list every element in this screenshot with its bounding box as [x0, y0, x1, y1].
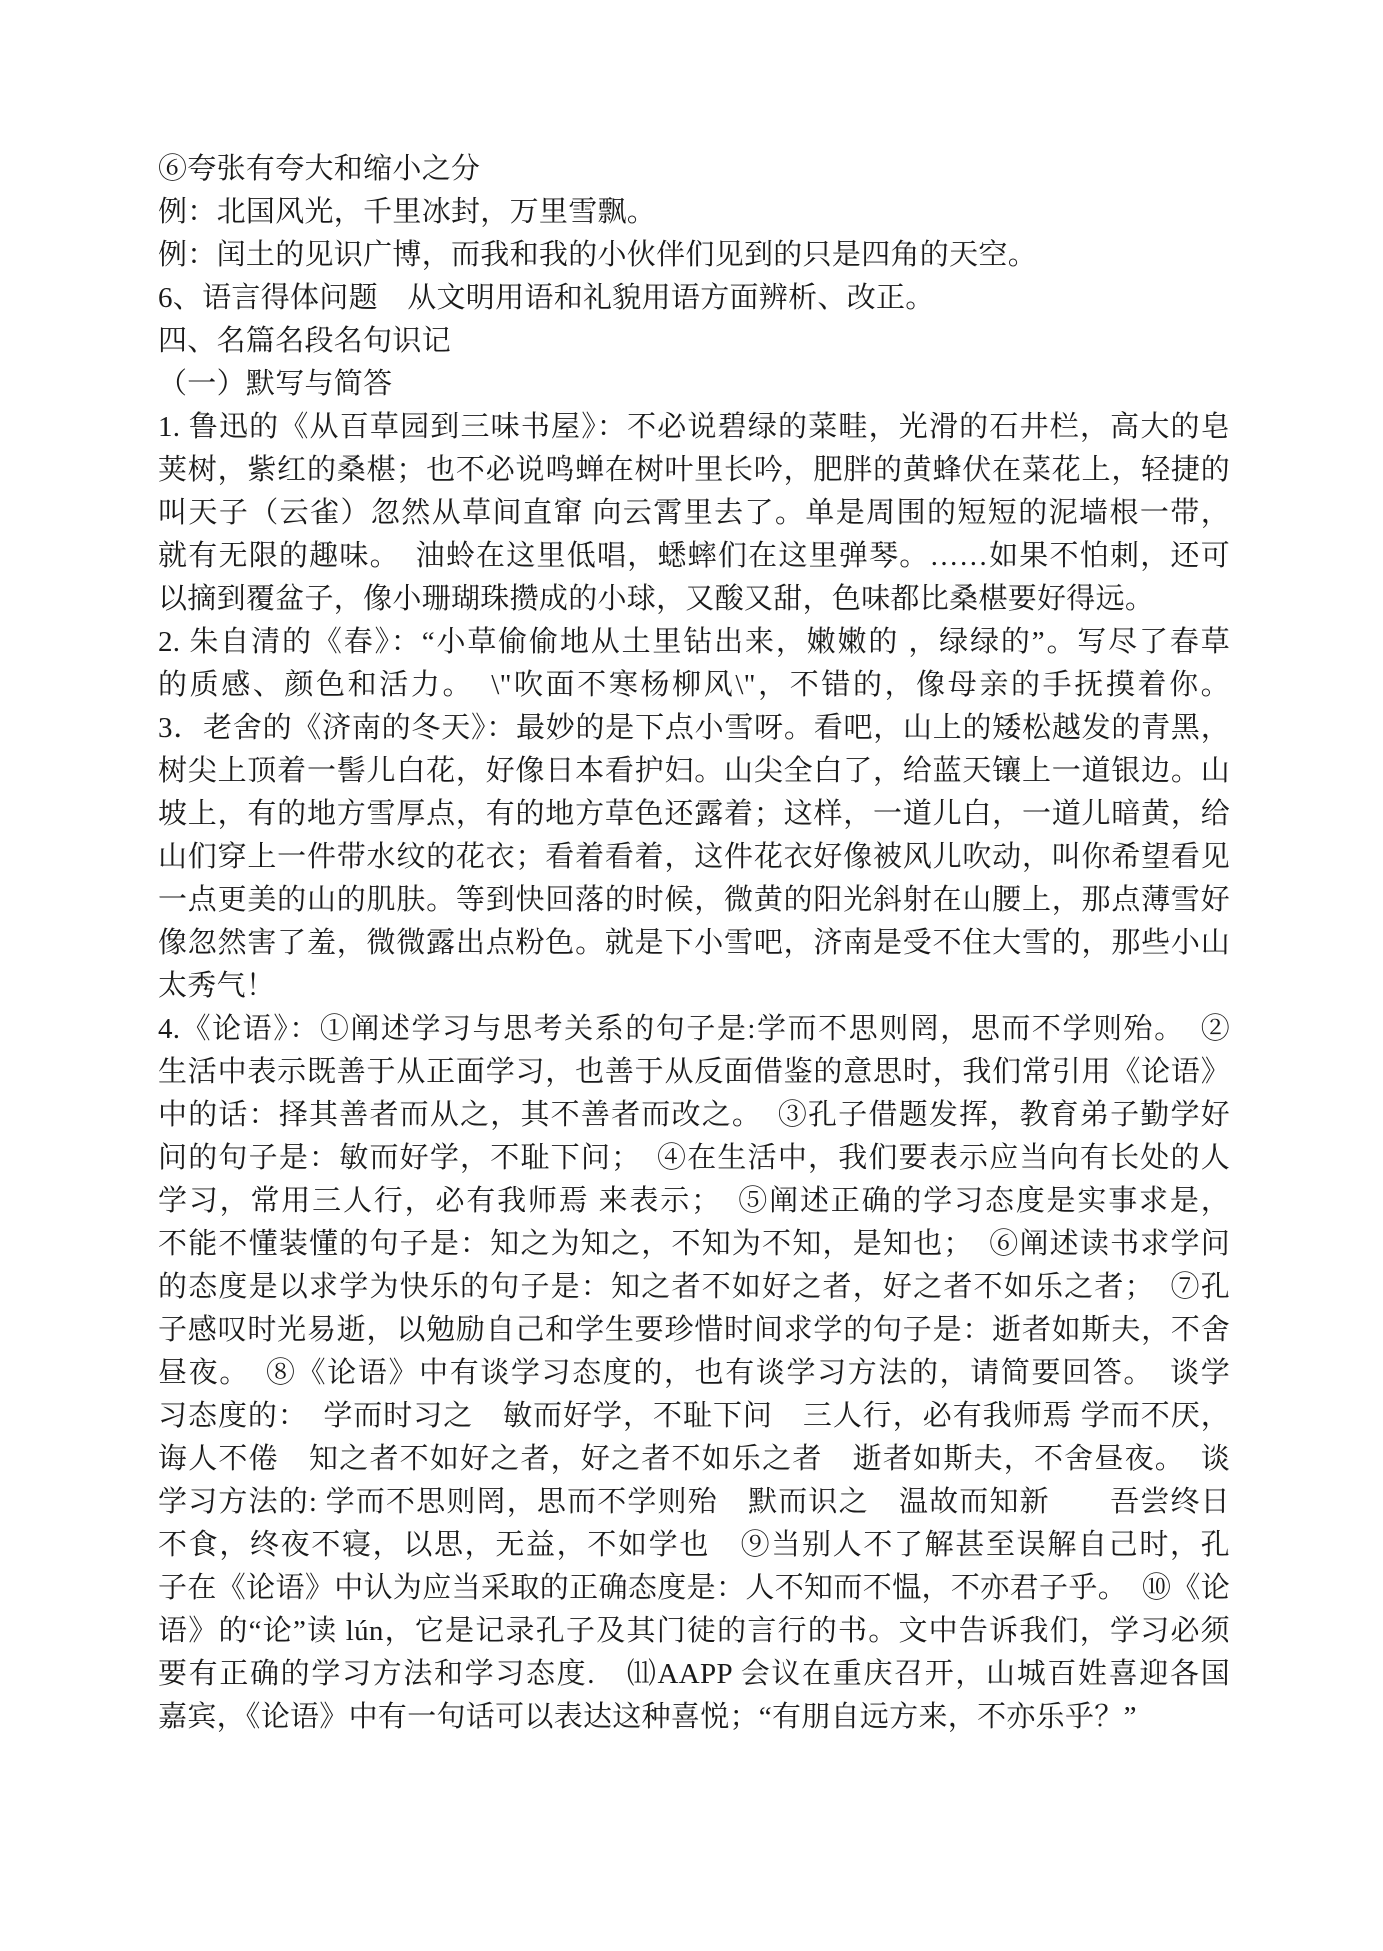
text-line: 荚树，紫红的桑椹；也不必说鸣蝉在树叶里长吟，肥胖的黄蜂伏在菜花上，轻捷的 — [158, 449, 1230, 492]
text-line: 语》的“论”读 lún，它是记录孔子及其门徒的言行的书。文中告诉我们，学习必须 — [158, 1610, 1230, 1653]
text-line-hyperbole-heading: ⑥夸张有夸大和缩小之分 — [158, 148, 1230, 191]
text-line: 中的话：择其善者而从之，其不善者而改之。 ③孔子借题发挥，教育弟子勤学好 — [158, 1094, 1230, 1137]
text-line: 习态度的： 学而时习之 敏而好学，不耻下问 三人行，必有我师焉 学而不厌， — [158, 1395, 1230, 1438]
text-line: 不能不懂装懂的句子是：知之为知之，不知为不知，是知也； ⑥阐述读书求学问 — [158, 1223, 1230, 1266]
text-line-item-6: 6、语言得体问题 从文明用语和礼貌用语方面辨析、改正。 — [158, 277, 1230, 320]
text-line: 学习方法的: 学而不思则罔，思而不学则殆 默而识之 温故而知新 吾尝终日 — [158, 1481, 1230, 1524]
text-line-example-1: 例：北国风光，千里冰封，万里雪飘。 — [158, 191, 1230, 234]
text-line: 子感叹时光易逝，以勉励自己和学生要珍惜时间求学的句子是：逝者如斯夫，不舍 — [158, 1309, 1230, 1352]
text-line: 生活中表示既善于从正面学习，也善于从反面借鉴的意思时，我们常引用《论语》 — [158, 1051, 1230, 1094]
text-line: 诲人不倦 知之者不如好之者，好之者不如乐之者 逝者如斯夫，不舍昼夜。 谈 — [158, 1438, 1230, 1481]
text-line: 3．老舍的《济南的冬天》：最妙的是下点小雪呀。看吧，山上的矮松越发的青黑， — [158, 707, 1230, 750]
text-line: 2. 朱自清的《春》：“小草偷偷地从土里钻出来，嫩嫩的 ，绿绿的”。写尽了春草 — [158, 621, 1230, 664]
text-line-example-2: 例：闰土的见识广博，而我和我的小伙伴们见到的只是四角的天空。 — [158, 234, 1230, 277]
text-line: 的质感、颜色和活力。 \"吹面不寒杨柳风\"，不错的，像母亲的手抚摸着你。 — [158, 664, 1230, 707]
text-line: 坡上，有的地方雪厚点，有的地方草色还露着；这样，一道儿白，一道儿暗黄，给 — [158, 793, 1230, 836]
text-line: 子在《论语》中认为应当采取的正确态度是：人不知而不愠，不亦君子乎。 ⑩《论 — [158, 1567, 1230, 1610]
text-line: 就有无限的趣味。 油蛉在这里低唱，蟋蟀们在这里弹琴。……如果不怕刺，还可 — [158, 535, 1230, 578]
text-line-section-4-heading: 四、名篇名段名句识记 — [158, 320, 1230, 363]
text-line: 叫天子（云雀）忽然从草间直窜 向云霄里去了。单是周围的短短的泥墙根一带， — [158, 492, 1230, 535]
text-line: 一点更美的山的肌肤。等到快回落的时候，微黄的阳光斜射在山腰上，那点薄雪好 — [158, 879, 1230, 922]
text-line: 不食，终夜不寝，以思，无益，不如学也 ⑨当别人不了解甚至误解自己时，孔 — [158, 1524, 1230, 1567]
text-line: 4.《论语》：①阐述学习与思考关系的句子是:学而不思则罔，思而不学则殆。 ② — [158, 1008, 1230, 1051]
text-line: 嘉宾，《论语》中有一句话可以表达这种喜悦；“有朋自远方来，不亦乐乎？” — [158, 1696, 1230, 1739]
text-line: 昼夜。 ⑧《论语》中有谈学习态度的，也有谈学习方法的，请简要回答。 谈学 — [158, 1352, 1230, 1395]
text-line: 问的句子是：敏而好学，不耻下问； ④在生活中，我们要表示应当向有长处的人 — [158, 1137, 1230, 1180]
text-line: 树尖上顶着一髻儿白花，好像日本看护妇。山尖全白了，给蓝天镶上一道银边。山 — [158, 750, 1230, 793]
text-line: 以摘到覆盆子，像小珊瑚珠攒成的小球，又酸又甜，色味都比桑椹要好得远。 — [158, 578, 1230, 621]
document-page: ⑥夸张有夸大和缩小之分 例：北国风光，千里冰封，万里雪飘。 例：闰土的见识广博，… — [0, 0, 1383, 1951]
text-line: 太秀气！ — [158, 965, 1230, 1008]
document-body: ⑥夸张有夸大和缩小之分 例：北国风光，千里冰封，万里雪飘。 例：闰土的见识广博，… — [158, 148, 1230, 1739]
text-line: 1. 鲁迅的《从百草园到三味书屋》：不必说碧绿的菜畦，光滑的石井栏，高大的皂 — [158, 406, 1230, 449]
text-line: 像忽然害了羞，微微露出点粉色。就是下小雪吧，济南是受不住大雪的，那些小山 — [158, 922, 1230, 965]
text-line: 学习，常用三人行，必有我师焉 来表示； ⑤阐述正确的学习态度是实事求是， — [158, 1180, 1230, 1223]
text-line: 要有正确的学习方法和学习态度. ⑾AAPP 会议在重庆召开，山城百姓喜迎各国 — [158, 1653, 1230, 1696]
text-line: 的态度是以求学为快乐的句子是：知之者不如好之者，好之者不如乐之者； ⑦孔 — [158, 1266, 1230, 1309]
text-line-subsection-1-heading: （一）默写与简答 — [158, 363, 1230, 406]
text-line: 山们穿上一件带水纹的花衣；看着看着，这件花衣好像被风儿吹动，叫你希望看见 — [158, 836, 1230, 879]
